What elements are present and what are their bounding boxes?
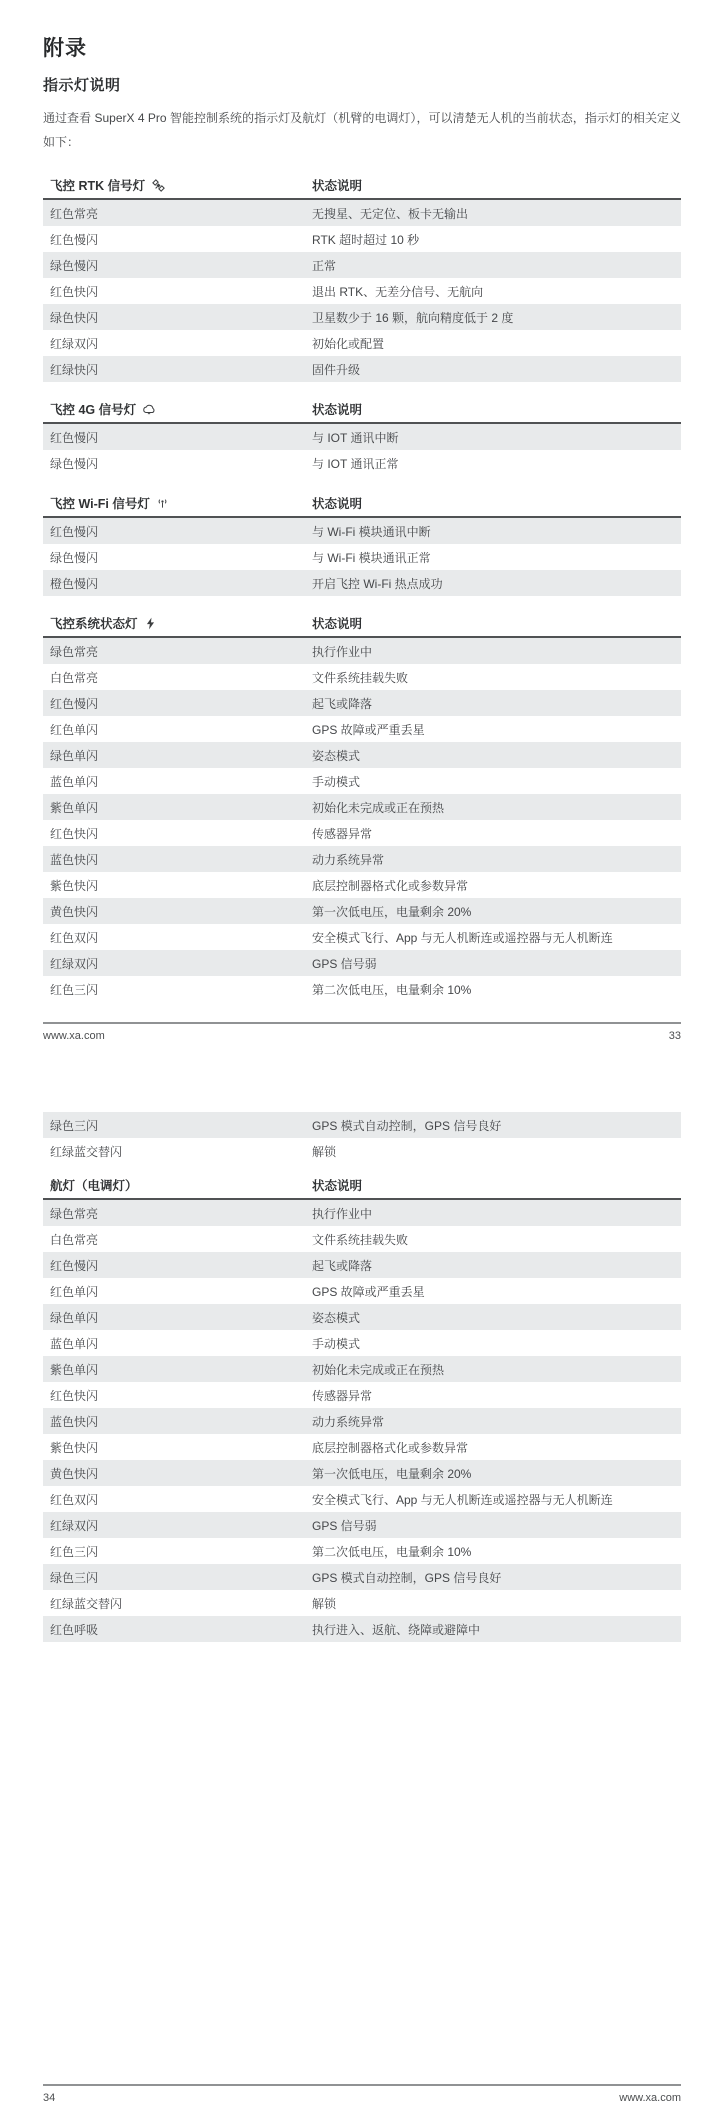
table-row: 蓝色快闪动力系统异常 [43, 1408, 681, 1434]
light-pattern-cell: 紫色单闪 [43, 799, 312, 816]
status-header: 状态说明 [312, 614, 681, 632]
table-row: 黄色快闪第一次低电压，电量剩余 20% [43, 1460, 681, 1486]
table-row: 绿色单闪姿态模式 [43, 742, 681, 768]
table-row: 红色快闪退出 RTK、无差分信号、无航向 [43, 278, 681, 304]
system-status-light-title: 飞控系统状态灯 [50, 614, 138, 632]
light-pattern-cell: 绿色快闪 [43, 309, 312, 326]
table-row: 紫色快闪底层控制器格式化或参数异常 [43, 1434, 681, 1460]
table-row: 红色慢闪与 Wi-Fi 模块通讯中断 [43, 518, 681, 544]
status-description-cell: GPS 故障或严重丢星 [312, 721, 681, 738]
status-description-cell: 卫星数少于 16 颗，航向精度低于 2 度 [312, 309, 681, 326]
table-row: 绿色单闪姿态模式 [43, 1304, 681, 1330]
table-row: 红色双闪安全模式飞行、App 与无人机断连或遥控器与无人机断连 [43, 1486, 681, 1512]
light-pattern-cell: 紫色快闪 [43, 1439, 312, 1456]
table-row: 红色双闪安全模式飞行、App 与无人机断连或遥控器与无人机断连 [43, 924, 681, 950]
table-row: 绿色常亮执行作业中 [43, 1200, 681, 1226]
appendix-title: 附录 [43, 36, 681, 62]
table-row: 红色慢闪起飞或降落 [43, 690, 681, 716]
table-row: 绿色快闪卫星数少于 16 颗，航向精度低于 2 度 [43, 304, 681, 330]
antenna-icon [156, 496, 170, 510]
indicator-section-title: 指示灯说明 [43, 76, 681, 96]
status-description-cell: 退出 RTK、无差分信号、无航向 [312, 283, 681, 300]
table-row: 绿色慢闪与 IOT 通讯正常 [43, 450, 681, 476]
light-pattern-cell: 红绿蓝交替闪 [43, 1143, 312, 1160]
status-description-cell: 解锁 [312, 1143, 681, 1160]
status-header: 状态说明 [312, 400, 681, 418]
table-row: 红绿双闪GPS 信号弱 [43, 1512, 681, 1538]
status-description-cell: 动力系统异常 [312, 851, 681, 868]
light-pattern-cell: 蓝色单闪 [43, 1335, 312, 1352]
table-row: 绿色常亮执行作业中 [43, 638, 681, 664]
light-pattern-cell: 红色快闪 [43, 1387, 312, 1404]
light-pattern-cell: 红色三闪 [43, 981, 312, 998]
table-header-system-status: 飞控系统状态灯 状态说明 [43, 610, 681, 638]
light-pattern-cell: 绿色慢闪 [43, 257, 312, 274]
light-pattern-cell: 橙色慢闪 [43, 575, 312, 592]
footer-page-number: 33 [669, 1030, 681, 1042]
table-row: 红色呼吸执行进入、返航、绕障或避障中 [43, 1616, 681, 1642]
status-description-cell: 与 Wi-Fi 模块通讯正常 [312, 549, 681, 566]
status-description-cell: RTK 超时超过 10 秒 [312, 231, 681, 248]
status-description-cell: 执行作业中 [312, 1205, 681, 1222]
table-row: 紫色快闪底层控制器格式化或参数异常 [43, 872, 681, 898]
table-header-label-cell: 飞控 RTK 信号灯 [43, 176, 312, 194]
page-footer: 34 www.xa.com [43, 2084, 681, 2104]
status-description-cell: 传感器异常 [312, 825, 681, 842]
table-row: 红色慢闪RTK 超时超过 10 秒 [43, 226, 681, 252]
table-header-label-cell: 飞控系统状态灯 [43, 614, 312, 632]
table-body-rtk: 红色常亮无搜星、无定位、板卡无输出红色慢闪RTK 超时超过 10 秒绿色慢闪正常… [43, 200, 681, 382]
light-pattern-cell: 白色常亮 [43, 669, 312, 686]
footer-website: www.xa.com [43, 1030, 105, 1042]
light-pattern-cell: 蓝色快闪 [43, 1413, 312, 1430]
light-pattern-cell: 红绿双闪 [43, 335, 312, 352]
status-description-cell: 第一次低电压，电量剩余 20% [312, 1465, 681, 1482]
status-description-cell: GPS 信号弱 [312, 1517, 681, 1534]
status-description-cell: 初始化未完成或正在预热 [312, 799, 681, 816]
manual-page-34: 绿色三闪GPS 模式自动控制，GPS 信号良好红绿蓝交替闪解锁 航灯（电调灯） … [0, 1062, 724, 2124]
status-description-cell: 开启飞控 Wi-Fi 热点成功 [312, 575, 681, 592]
light-pattern-cell: 绿色单闪 [43, 1309, 312, 1326]
light-pattern-cell: 绿色常亮 [43, 643, 312, 660]
table-row: 红绿蓝交替闪解锁 [43, 1138, 681, 1164]
status-description-cell: GPS 故障或严重丢星 [312, 1283, 681, 1300]
status-description-cell: 正常 [312, 257, 681, 274]
light-pattern-cell: 红色快闪 [43, 283, 312, 300]
cloud-icon [142, 402, 156, 416]
status-description-cell: 与 IOT 通讯中断 [312, 429, 681, 446]
status-description-cell: 起飞或降落 [312, 695, 681, 712]
light-pattern-cell: 红色慢闪 [43, 231, 312, 248]
status-description-cell: 底层控制器格式化或参数异常 [312, 877, 681, 894]
light-pattern-cell: 绿色三闪 [43, 1117, 312, 1134]
light-pattern-cell: 绿色单闪 [43, 747, 312, 764]
status-description-cell: 第二次低电压，电量剩余 10% [312, 981, 681, 998]
rtk-light-title: 飞控 RTK 信号灯 [50, 176, 145, 194]
status-description-cell: 无搜星、无定位、板卡无输出 [312, 205, 681, 222]
light-pattern-cell: 红色快闪 [43, 825, 312, 842]
table-row: 红色慢闪与 IOT 通讯中断 [43, 424, 681, 450]
table-row: 红色快闪传感器异常 [43, 1382, 681, 1408]
status-description-cell: 第一次低电压，电量剩余 20% [312, 903, 681, 920]
table-row: 红色慢闪起飞或降落 [43, 1252, 681, 1278]
status-description-cell: 动力系统异常 [312, 1413, 681, 1430]
table-row: 红绿双闪初始化或配置 [43, 330, 681, 356]
satellite-icon [151, 178, 165, 192]
light-pattern-cell: 绿色慢闪 [43, 455, 312, 472]
light-pattern-cell: 红色双闪 [43, 929, 312, 946]
status-description-cell: 安全模式飞行、App 与无人机断连或遥控器与无人机断连 [312, 1491, 681, 1508]
4g-light-title: 飞控 4G 信号灯 [50, 400, 136, 418]
light-pattern-cell: 黄色快闪 [43, 903, 312, 920]
light-pattern-cell: 红色慢闪 [43, 1257, 312, 1274]
status-description-cell: GPS 模式自动控制，GPS 信号良好 [312, 1117, 681, 1134]
light-pattern-cell: 紫色单闪 [43, 1361, 312, 1378]
light-pattern-cell: 红绿快闪 [43, 361, 312, 378]
light-pattern-cell: 红色双闪 [43, 1491, 312, 1508]
light-pattern-cell: 蓝色快闪 [43, 851, 312, 868]
table-row: 红色快闪传感器异常 [43, 820, 681, 846]
light-pattern-cell: 白色常亮 [43, 1231, 312, 1248]
light-pattern-cell: 红色呼吸 [43, 1621, 312, 1638]
table-row: 红色单闪GPS 故障或严重丢星 [43, 1278, 681, 1304]
light-pattern-cell: 绿色慢闪 [43, 549, 312, 566]
light-pattern-cell: 红色单闪 [43, 721, 312, 738]
page-footer: www.xa.com 33 [43, 1022, 681, 1042]
light-pattern-cell: 红色慢闪 [43, 523, 312, 540]
status-description-cell: 执行作业中 [312, 643, 681, 660]
wifi-light-title: 飞控 Wi-Fi 信号灯 [50, 494, 150, 512]
page-content: 绿色三闪GPS 模式自动控制，GPS 信号良好红绿蓝交替闪解锁 航灯（电调灯） … [0, 1062, 724, 1642]
status-header: 状态说明 [312, 494, 681, 512]
table-header-rtk: 飞控 RTK 信号灯 状态说明 [43, 172, 681, 200]
status-description-cell: 安全模式飞行、App 与无人机断连或遥控器与无人机断连 [312, 929, 681, 946]
table-row: 紫色单闪初始化未完成或正在预热 [43, 1356, 681, 1382]
status-description-cell: 姿态模式 [312, 1309, 681, 1326]
light-pattern-cell: 黄色快闪 [43, 1465, 312, 1482]
status-description-cell: 固件升级 [312, 361, 681, 378]
table-row: 红绿快闪固件升级 [43, 356, 681, 382]
table-row: 红色三闪第二次低电压，电量剩余 10% [43, 976, 681, 1002]
status-header: 状态说明 [312, 1176, 681, 1194]
status-description-cell: GPS 信号弱 [312, 955, 681, 972]
table-row: 紫色单闪初始化未完成或正在预热 [43, 794, 681, 820]
table-row: 橙色慢闪开启飞控 Wi-Fi 热点成功 [43, 570, 681, 596]
light-pattern-cell: 红色慢闪 [43, 695, 312, 712]
table-row: 蓝色单闪手动模式 [43, 1330, 681, 1356]
table-row: 白色常亮文件系统挂载失败 [43, 1226, 681, 1252]
table-row: 红色常亮无搜星、无定位、板卡无输出 [43, 200, 681, 226]
table-body-4g: 红色慢闪与 IOT 通讯中断绿色慢闪与 IOT 通讯正常 [43, 424, 681, 476]
status-description-cell: 初始化未完成或正在预热 [312, 1361, 681, 1378]
table-row: 黄色快闪第一次低电压，电量剩余 20% [43, 898, 681, 924]
light-pattern-cell: 绿色常亮 [43, 1205, 312, 1222]
status-description-cell: 执行进入、返航、绕障或避障中 [312, 1621, 681, 1638]
table-header-nav-light: 航灯（电调灯） 状态说明 [43, 1172, 681, 1200]
status-description-cell: 与 IOT 通讯正常 [312, 455, 681, 472]
light-pattern-cell: 红色单闪 [43, 1283, 312, 1300]
status-description-cell: 手动模式 [312, 773, 681, 790]
table-row: 绿色三闪GPS 模式自动控制，GPS 信号良好 [43, 1564, 681, 1590]
light-pattern-cell: 紫色快闪 [43, 877, 312, 894]
table-header-4g: 飞控 4G 信号灯 状态说明 [43, 396, 681, 424]
table-body-wifi: 红色慢闪与 Wi-Fi 模块通讯中断绿色慢闪与 Wi-Fi 模块通讯正常橙色慢闪… [43, 518, 681, 596]
table-row: 红色单闪GPS 故障或严重丢星 [43, 716, 681, 742]
light-pattern-cell: 红色慢闪 [43, 429, 312, 446]
footer-website: www.xa.com [619, 2092, 681, 2104]
light-pattern-cell: 红绿双闪 [43, 955, 312, 972]
table-row: 蓝色单闪手动模式 [43, 768, 681, 794]
intro-paragraph: 通过查看 SuperX 4 Pro 智能控制系统的指示灯及航灯（机臂的电调灯），… [43, 106, 681, 154]
status-description-cell: 初始化或配置 [312, 335, 681, 352]
table-header-label-cell: 飞控 Wi-Fi 信号灯 [43, 494, 312, 512]
light-pattern-cell: 绿色三闪 [43, 1569, 312, 1586]
status-description-cell: 文件系统挂载失败 [312, 669, 681, 686]
table-row: 绿色慢闪正常 [43, 252, 681, 278]
table-row: 蓝色快闪动力系统异常 [43, 846, 681, 872]
table-row: 绿色慢闪与 Wi-Fi 模块通讯正常 [43, 544, 681, 570]
lightning-icon [144, 616, 158, 630]
status-description-cell: 姿态模式 [312, 747, 681, 764]
nav-light-title: 航灯（电调灯） [50, 1176, 138, 1194]
table-row: 绿色三闪GPS 模式自动控制，GPS 信号良好 [43, 1112, 681, 1138]
status-description-cell: 手动模式 [312, 1335, 681, 1352]
manual-page-33: 附录 指示灯说明 通过查看 SuperX 4 Pro 智能控制系统的指示灯及航灯… [0, 0, 724, 1062]
light-pattern-cell: 红绿蓝交替闪 [43, 1595, 312, 1612]
light-pattern-cell: 红色三闪 [43, 1543, 312, 1560]
light-pattern-cell: 蓝色单闪 [43, 773, 312, 790]
status-description-cell: 文件系统挂载失败 [312, 1231, 681, 1248]
status-description-cell: 解锁 [312, 1595, 681, 1612]
light-pattern-cell: 红绿双闪 [43, 1517, 312, 1534]
status-header: 状态说明 [312, 176, 681, 194]
status-description-cell: 第二次低电压，电量剩余 10% [312, 1543, 681, 1560]
status-description-cell: 与 Wi-Fi 模块通讯中断 [312, 523, 681, 540]
table-header-label-cell: 飞控 4G 信号灯 [43, 400, 312, 418]
table-header-label-cell: 航灯（电调灯） [43, 1176, 312, 1194]
table-row: 红绿蓝交替闪解锁 [43, 1590, 681, 1616]
table-body-system-status-continued: 绿色三闪GPS 模式自动控制，GPS 信号良好红绿蓝交替闪解锁 [43, 1112, 681, 1164]
status-description-cell: 起飞或降落 [312, 1257, 681, 1274]
footer-page-number: 34 [43, 2092, 55, 2104]
page-content: 附录 指示灯说明 通过查看 SuperX 4 Pro 智能控制系统的指示灯及航灯… [0, 36, 724, 1002]
table-header-wifi: 飞控 Wi-Fi 信号灯 状态说明 [43, 490, 681, 518]
table-body-system-status: 绿色常亮执行作业中白色常亮文件系统挂载失败红色慢闪起飞或降落红色单闪GPS 故障… [43, 638, 681, 1002]
status-description-cell: 底层控制器格式化或参数异常 [312, 1439, 681, 1456]
table-row: 白色常亮文件系统挂载失败 [43, 664, 681, 690]
table-body-nav-light: 绿色常亮执行作业中白色常亮文件系统挂载失败红色慢闪起飞或降落红色单闪GPS 故障… [43, 1200, 681, 1642]
table-row: 红色三闪第二次低电压，电量剩余 10% [43, 1538, 681, 1564]
status-description-cell: GPS 模式自动控制，GPS 信号良好 [312, 1569, 681, 1586]
table-row: 红绿双闪GPS 信号弱 [43, 950, 681, 976]
status-description-cell: 传感器异常 [312, 1387, 681, 1404]
light-pattern-cell: 红色常亮 [43, 205, 312, 222]
